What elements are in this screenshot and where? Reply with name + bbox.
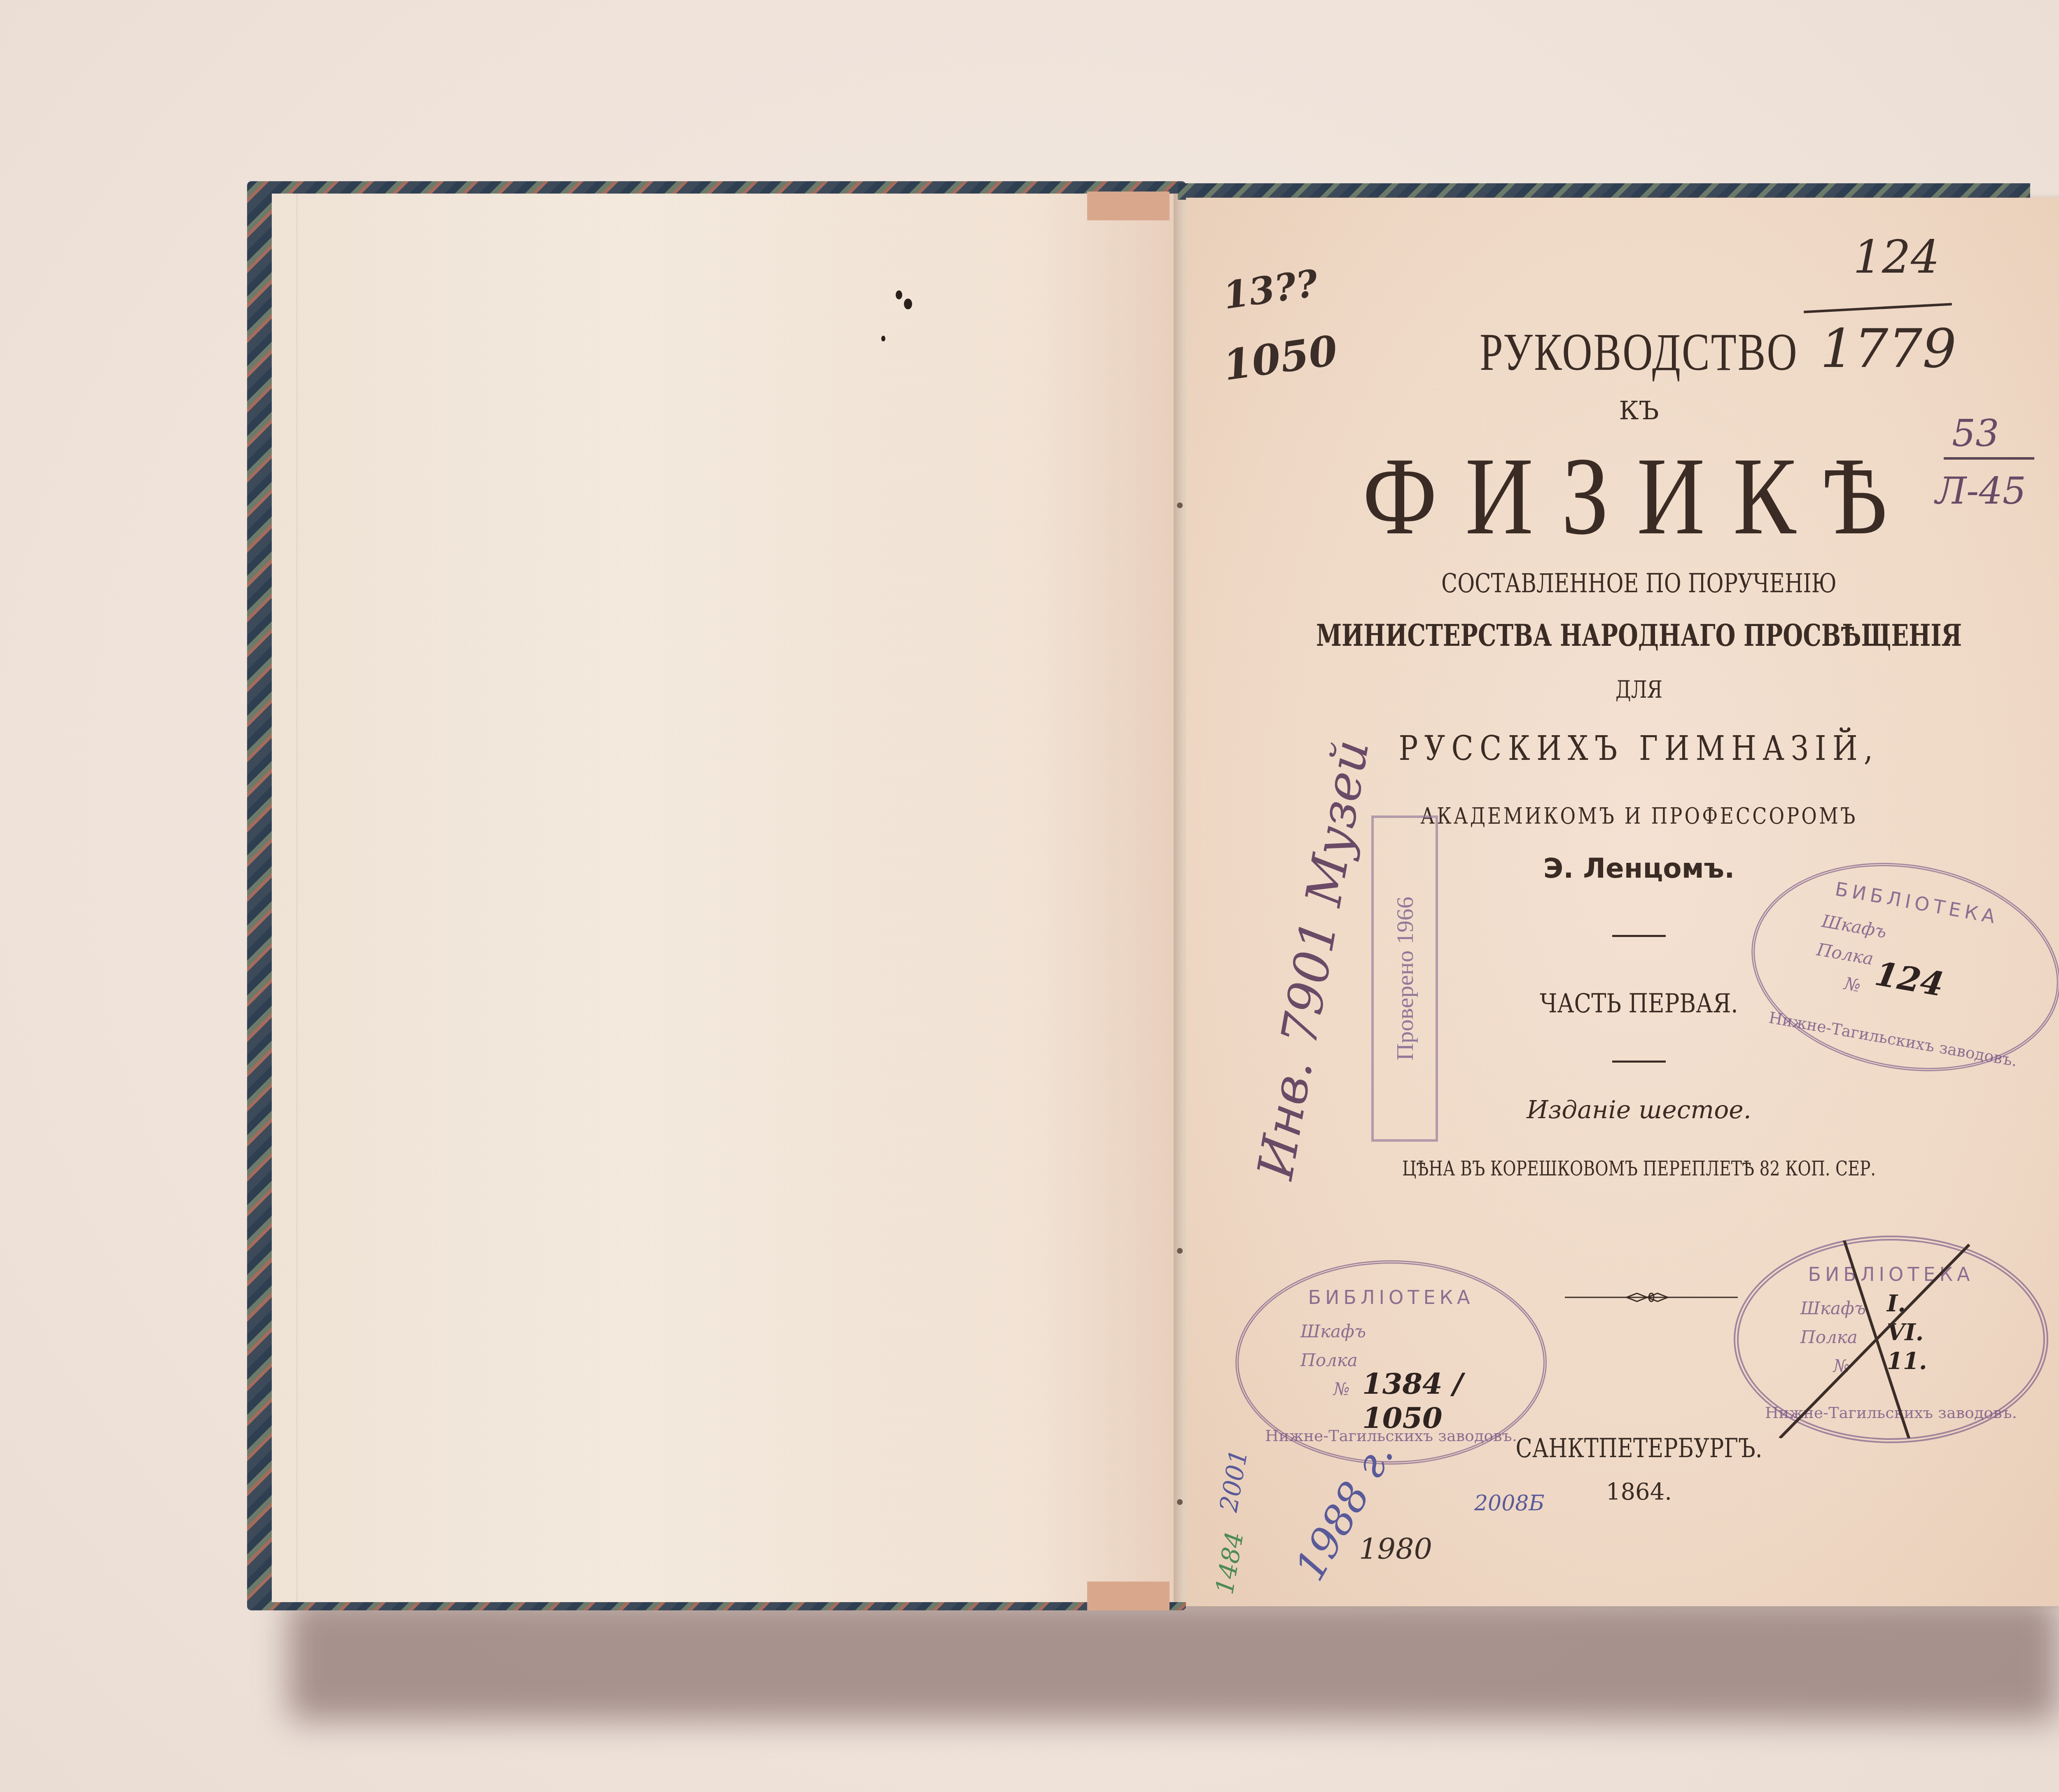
- handwritten-top-right-numerator: 124: [1853, 231, 1940, 283]
- right-cover-edge: [1178, 183, 2030, 200]
- price-line: ЦѢНА ВЪ КОРЕШКОВОМЪ ПЕРЕПЛЕТѢ 82 КОП. СЕ…: [1268, 1157, 2010, 1180]
- fraction-line: [1804, 303, 1952, 313]
- divider-rule: [1612, 1061, 1666, 1063]
- stamp-handwritten-number: 1384 / 1050: [1362, 1367, 1543, 1435]
- subtitle-ministry: МИНИСТЕРСТВА НАРОДНАГО ПРОСВѢЩЕНІЯ: [1286, 618, 1992, 653]
- spine-corner-bottom: [1087, 1582, 1170, 1610]
- handwritten-note-1484: 1484: [1210, 1530, 1249, 1597]
- handwritten-top-left-number: 13??: [1221, 261, 1321, 318]
- stamp-handwritten-number: 124: [1872, 954, 1947, 1004]
- ink-spot: [904, 299, 912, 309]
- gutter: [1174, 194, 1186, 1602]
- ink-spot: [881, 336, 885, 341]
- library-stamp-2: БИБЛІОТЕКА Шкафъ Полка № 1384 / 1050 Ниж…: [1235, 1260, 1547, 1465]
- cross-out-mark: [1739, 1241, 2043, 1438]
- handwritten-top-right-denominator: 1779: [1820, 317, 1956, 380]
- stamp-row-shelf: Полка: [1815, 939, 1875, 969]
- stamp-header: БИБЛІОТЕКА: [1239, 1286, 1543, 1308]
- book-shadow: [288, 1598, 2059, 1722]
- divider-rule: [1612, 935, 1666, 937]
- handwritten-note-1980: 1980: [1359, 1532, 1432, 1566]
- checked-stamp-text: Проверено 1966: [1391, 897, 1419, 1061]
- stamp-row-number: №: [1333, 1379, 1350, 1399]
- endpaper-fold-line: [296, 194, 297, 1602]
- handwritten-right-numerator: 53: [1952, 412, 1999, 455]
- title-main: ФИЗИКѢ: [1254, 432, 2024, 560]
- spine-corner-top: [1087, 192, 1170, 220]
- title-line-2: КЪ: [1186, 395, 2059, 425]
- stamp-footer: Нижне-Тагильскихъ заводовъ.: [1742, 1004, 2045, 1075]
- handwritten-right-denominator: Л-45: [1935, 470, 2026, 513]
- title-page: РУКОВОДСТВО КЪ ФИЗИКѢ СОСТАВЛЕННОЕ ПО ПО…: [1186, 198, 2059, 1606]
- binding-stitch: [1177, 502, 1183, 508]
- subtitle-for: ДЛЯ: [1277, 675, 2001, 703]
- library-stamp-3: БИБЛІОТЕКА Шкафъ Полка № I. VI. 11. Нижн…: [1734, 1236, 2048, 1443]
- checked-stamp: Проверено 1966: [1371, 815, 1438, 1142]
- stamp-row-number: №: [1843, 973, 1863, 996]
- ornament-divider: [1565, 1291, 1738, 1304]
- fraction-line: [1944, 457, 2034, 460]
- stamp-row-cabinet: Шкафъ: [1300, 1321, 1366, 1341]
- left-endpaper: [272, 194, 1174, 1602]
- stamp-row-cabinet: Шкафъ: [1820, 911, 1888, 942]
- year-label: 1864.: [1186, 1479, 2059, 1505]
- ink-spot: [896, 290, 902, 299]
- subtitle-commissioned: СОСТАВЛЕННОЕ ПО ПОРУЧЕНІЮ: [1277, 568, 2001, 599]
- handwritten-note-2008b: 2008Б: [1474, 1491, 1545, 1516]
- stamp-footer: Нижне-Тагильскихъ заводовъ.: [1239, 1427, 1543, 1445]
- binding-stitch: [1177, 1499, 1183, 1505]
- stamp-row-shelf: Полка: [1300, 1350, 1358, 1370]
- binding-stitch: [1177, 1248, 1183, 1254]
